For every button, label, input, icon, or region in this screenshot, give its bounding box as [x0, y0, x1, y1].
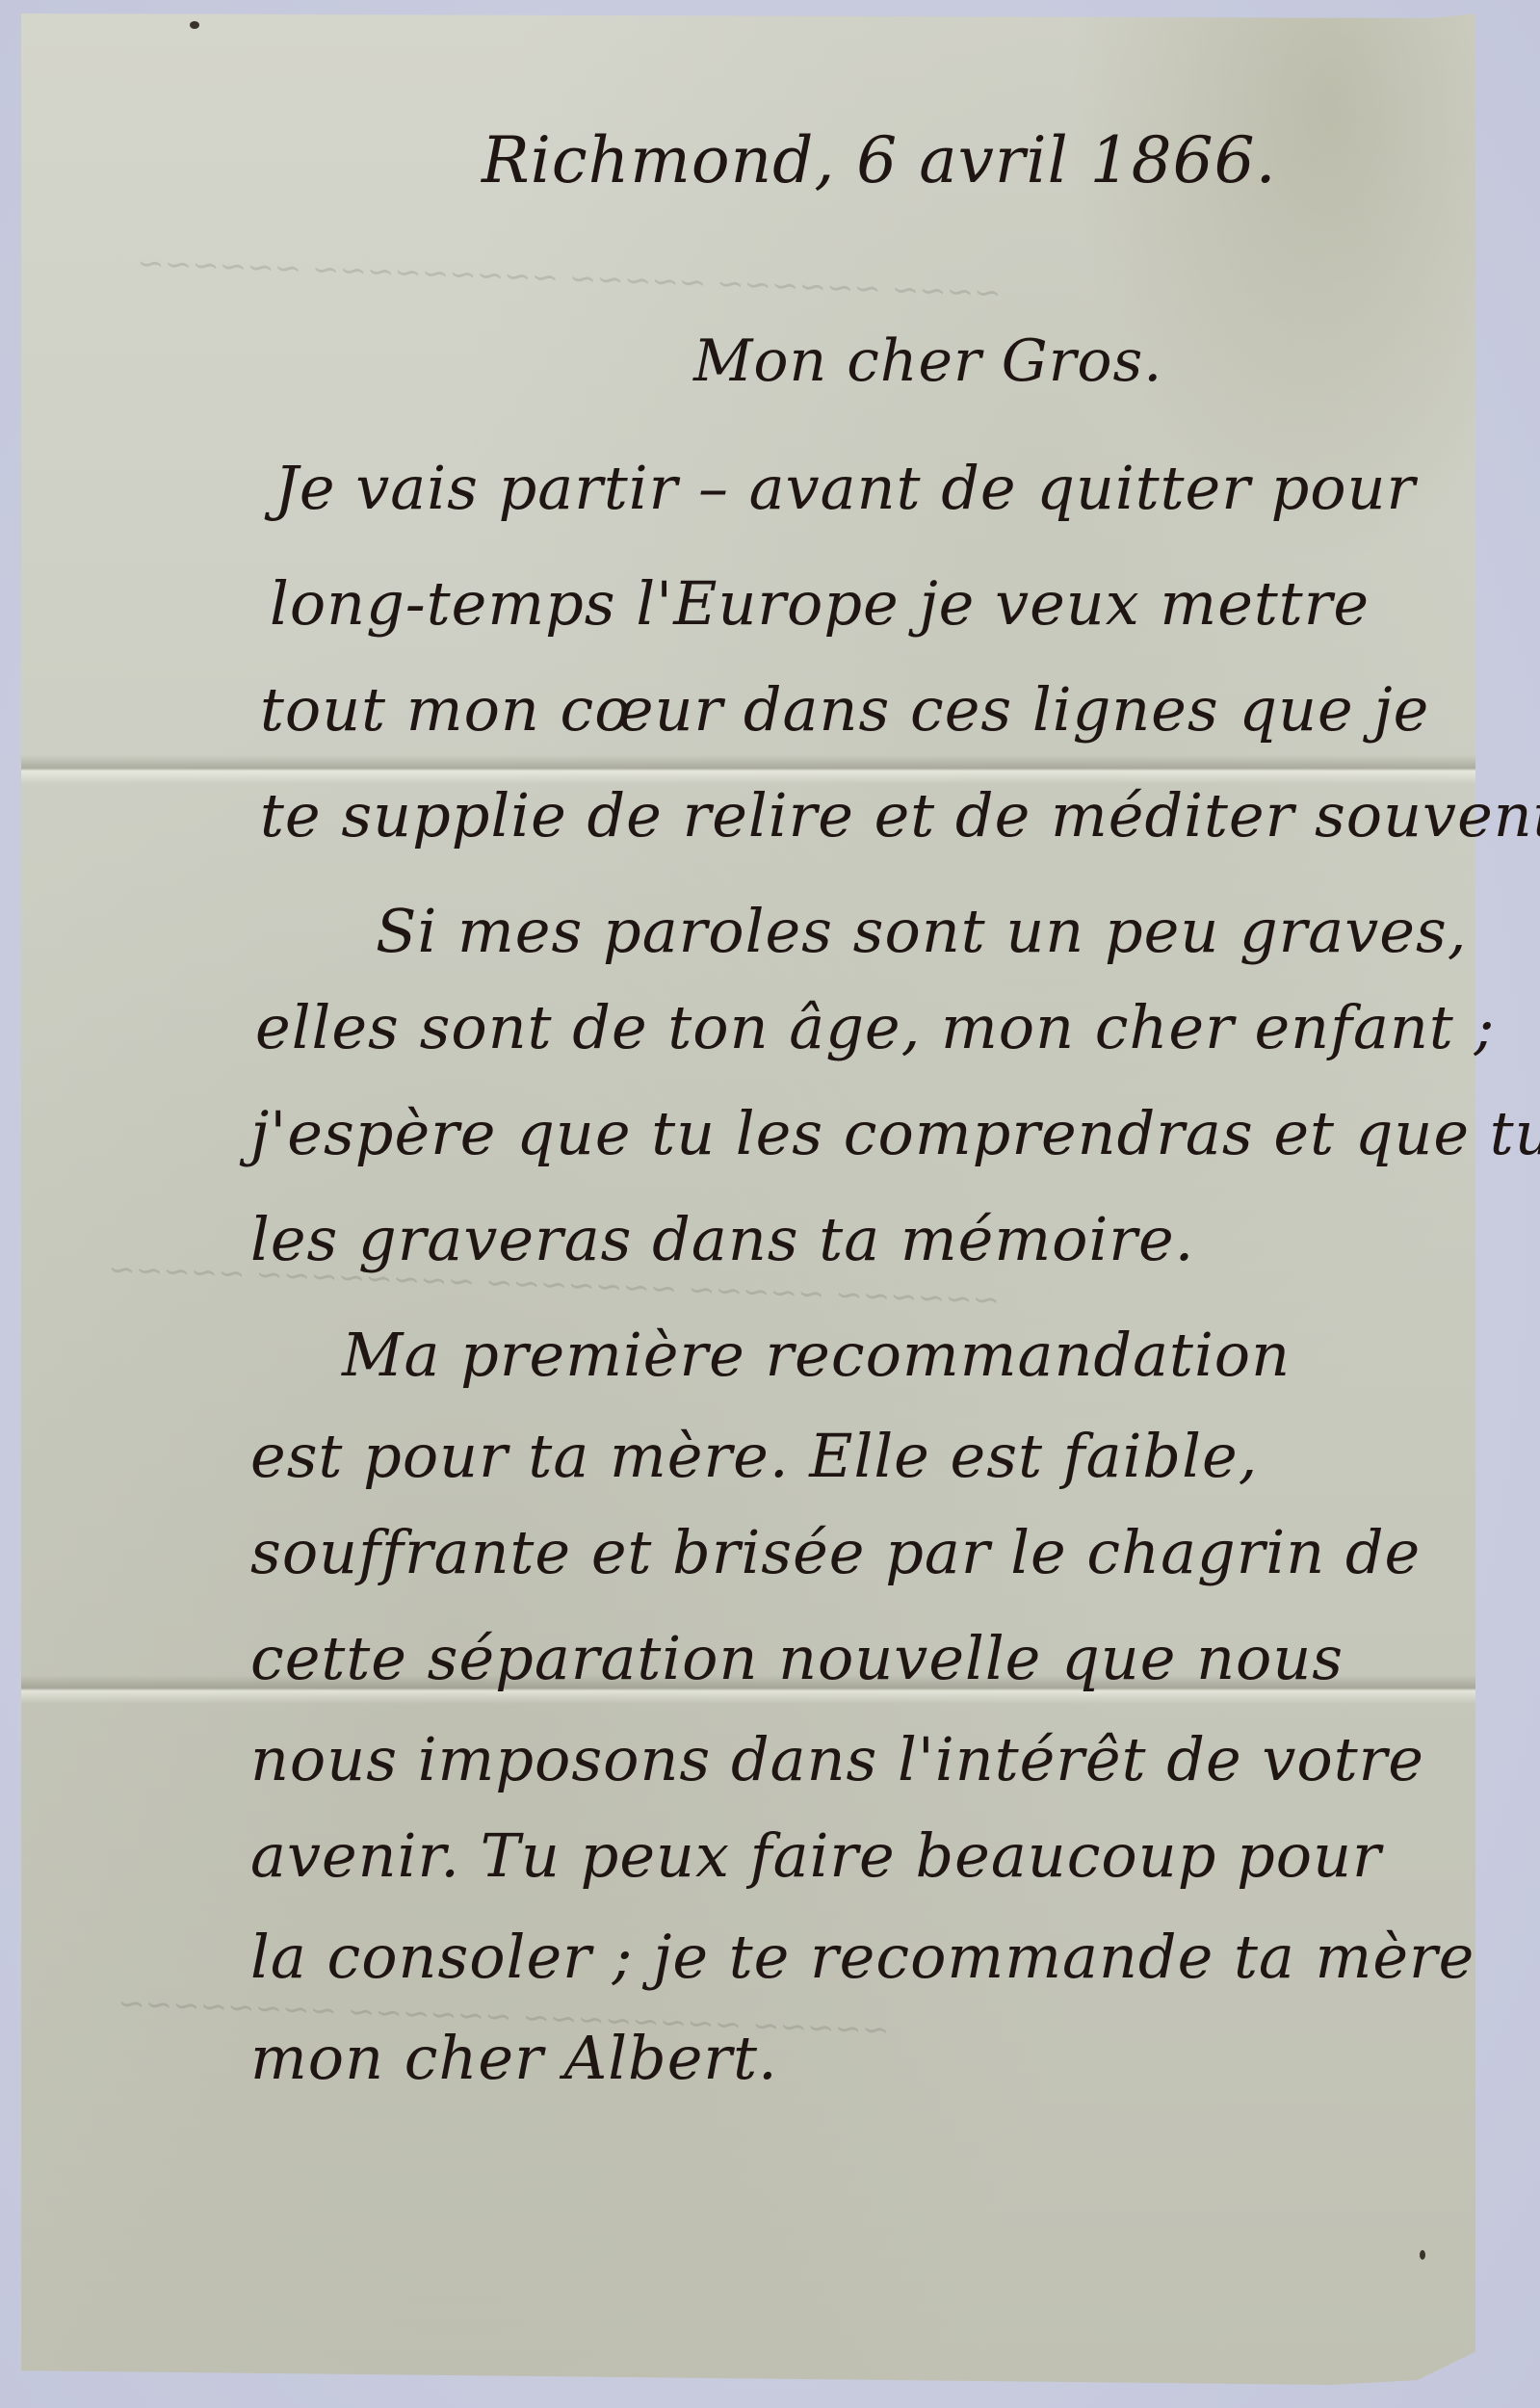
- body-line: Si mes paroles sont un peu graves,: [376, 896, 1468, 966]
- body-line: les graveras dans ta mémoire.: [250, 1204, 1194, 1274]
- salutation: Mon cher Gros.: [693, 327, 1162, 395]
- body-line: est pour ta mère. Elle est faible,: [250, 1421, 1258, 1491]
- body-line: tout mon cœur dans ces lignes que je: [260, 674, 1429, 745]
- body-line: souffrante et brisée par le chagrin de: [250, 1517, 1421, 1587]
- body-line: elles sont de ton âge, mon cher enfant ;: [255, 992, 1495, 1062]
- dateline: Richmond, 6 avril 1866.: [482, 123, 1277, 197]
- letter-content: Richmond, 6 avril 1866. Mon cher Gros. J…: [0, 0, 1540, 2408]
- body-line: te supplie de relire et de méditer souve…: [260, 780, 1540, 851]
- body-line: mon cher Albert.: [250, 2023, 778, 2093]
- body-line: cette séparation nouvelle que nous: [250, 1623, 1344, 1693]
- body-line: long-temps l'Europe je veux mettre: [270, 568, 1370, 639]
- body-line: j'espère que tu les comprendras et que t…: [250, 1098, 1540, 1168]
- body-line: Je vais partir – avant de quitter pour: [274, 453, 1416, 523]
- body-line: Ma première recommandation: [342, 1320, 1291, 1390]
- body-line: nous imposons dans l'intérêt de votre: [250, 1724, 1424, 1794]
- body-line: la consoler ; je te recommande ta mère: [250, 1922, 1475, 1992]
- body-line: avenir. Tu peux faire beaucoup pour: [250, 1820, 1382, 1891]
